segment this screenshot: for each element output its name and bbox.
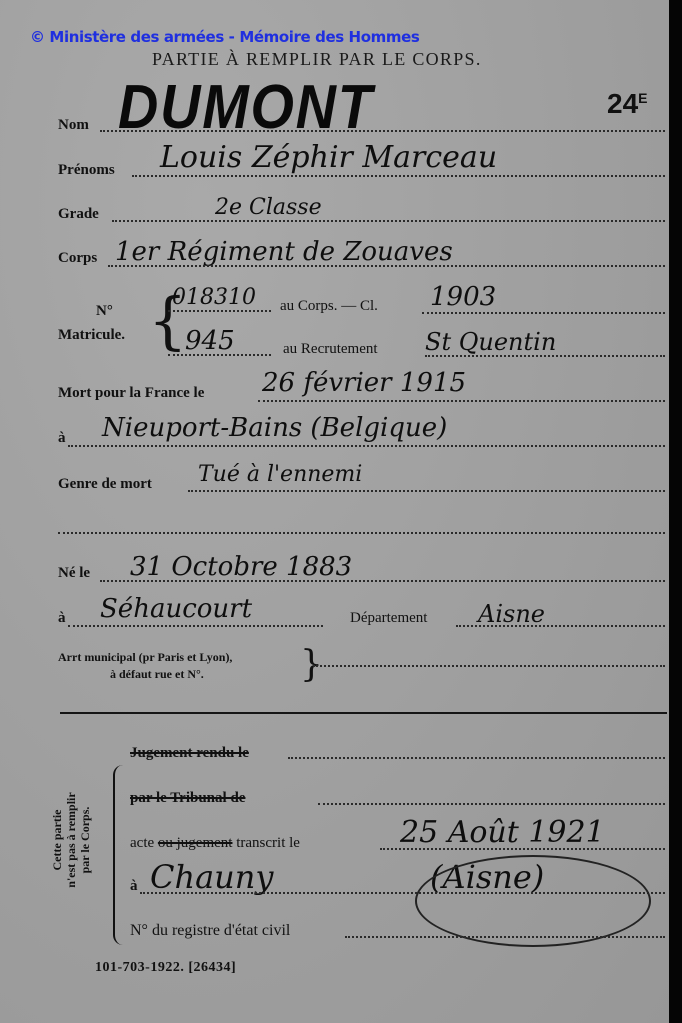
tribunal-line (318, 803, 665, 805)
grade-value: 2e Classe (215, 195, 322, 220)
copyright-watermark: © Ministère des armées - Mémoire des Hom… (30, 28, 419, 46)
au-corps-label: au Corps. — Cl. (280, 298, 378, 315)
registre-line (345, 936, 665, 938)
prenoms-line (132, 175, 665, 177)
corps-number-value: 24 (607, 88, 638, 119)
prenoms-value: Louis Zéphir Marceau (160, 140, 497, 175)
annotation-oval (415, 855, 651, 947)
prenoms-label: Prénoms (58, 162, 115, 179)
genre-mort-value: Tué à l'ennemi (198, 462, 362, 487)
ne-lieu-line (68, 625, 323, 627)
nom-label: Nom (58, 117, 89, 134)
arrondissement-label: Arrt municipal (pr Paris et Lyon), (58, 650, 232, 665)
corps-line (108, 265, 665, 267)
classe-value: 1903 (430, 282, 496, 312)
mort-lieu-line (68, 445, 665, 447)
genre-mort-label: Genre de mort (58, 476, 152, 493)
matricule-label: Matricule. (58, 327, 125, 344)
acte-label-struck: ou jugement (158, 835, 233, 851)
mort-lieu-label: à (58, 430, 66, 447)
ne-lieu-label: à (58, 610, 66, 627)
side-note-line-2: n'est pas à remplir (64, 765, 78, 915)
au-recrutement-label: au Recrutement (283, 341, 378, 358)
jugement-label: Jugement rendu le (130, 745, 249, 762)
ne-date: 31 Octobre 1883 (130, 552, 352, 582)
recrutement-place: St Quentin (425, 328, 556, 356)
side-note-line-3: par le Corps. (78, 765, 92, 915)
registre-label: N° du registre d'état civil (130, 922, 290, 940)
side-note-line-1: Cette partie (50, 765, 64, 915)
corps-value: 1er Régiment de Zouaves (115, 237, 453, 267)
matricule-recrutement-line (168, 354, 271, 356)
section-divider (60, 712, 667, 714)
acte-label-prefix: acte (130, 835, 154, 851)
matricule-corps-line (168, 310, 271, 312)
print-reference: 101-703-1922. [26434] (95, 960, 236, 976)
acte-label: acte ou jugement transcrit le (130, 835, 300, 852)
jugement-line (288, 757, 665, 759)
acte-label-suffix: transcrit le (236, 835, 300, 851)
genre-mort-line (188, 490, 665, 492)
classe-line (422, 312, 665, 314)
scan-edge (669, 0, 682, 1023)
acte-date: 25 Août 1921 (400, 815, 605, 850)
ne-line (100, 580, 665, 582)
ne-lieu-value: Séhaucourt (100, 594, 252, 624)
acte-line (380, 848, 665, 850)
nom-value: DUMONT (118, 72, 374, 143)
transcription-lieu-label: à (130, 878, 138, 895)
arrondissement-line (313, 665, 665, 667)
blank-line (58, 532, 665, 534)
transcription-brace (113, 765, 123, 945)
recrutement-line (425, 355, 665, 357)
departement-value: Aisne (478, 600, 545, 628)
grade-line (112, 220, 665, 222)
grade-label: Grade (58, 206, 99, 223)
side-note: Cette partie n'est pas à remplir par le … (50, 765, 92, 915)
arrondissement-label-2: à défaut rue et N°. (110, 667, 204, 682)
matricule-label-no: N° (96, 303, 113, 320)
mort-label: Mort pour la France le (58, 385, 204, 402)
matricule-recrutement-number: 945 (185, 326, 235, 356)
mort-date: 26 février 1915 (262, 368, 466, 398)
corps-number-suffix: E (638, 90, 647, 106)
corps-number: 24E (607, 88, 648, 120)
matricule-corps-number: 018310 (172, 285, 256, 310)
transcription-lieu-value: Chauny (150, 858, 273, 896)
departement-line (456, 625, 665, 627)
departement-label: Département (350, 610, 427, 627)
nom-line (100, 130, 665, 132)
corps-label: Corps (58, 250, 97, 267)
tribunal-label: par le Tribunal de (130, 790, 245, 807)
mort-lieu-value: Nieuport-Bains (Belgique) (102, 413, 447, 443)
section-header: PARTIE À REMPLIR PAR LE CORPS. (152, 49, 482, 70)
ne-label: Né le (58, 565, 90, 582)
mort-line (258, 400, 665, 402)
